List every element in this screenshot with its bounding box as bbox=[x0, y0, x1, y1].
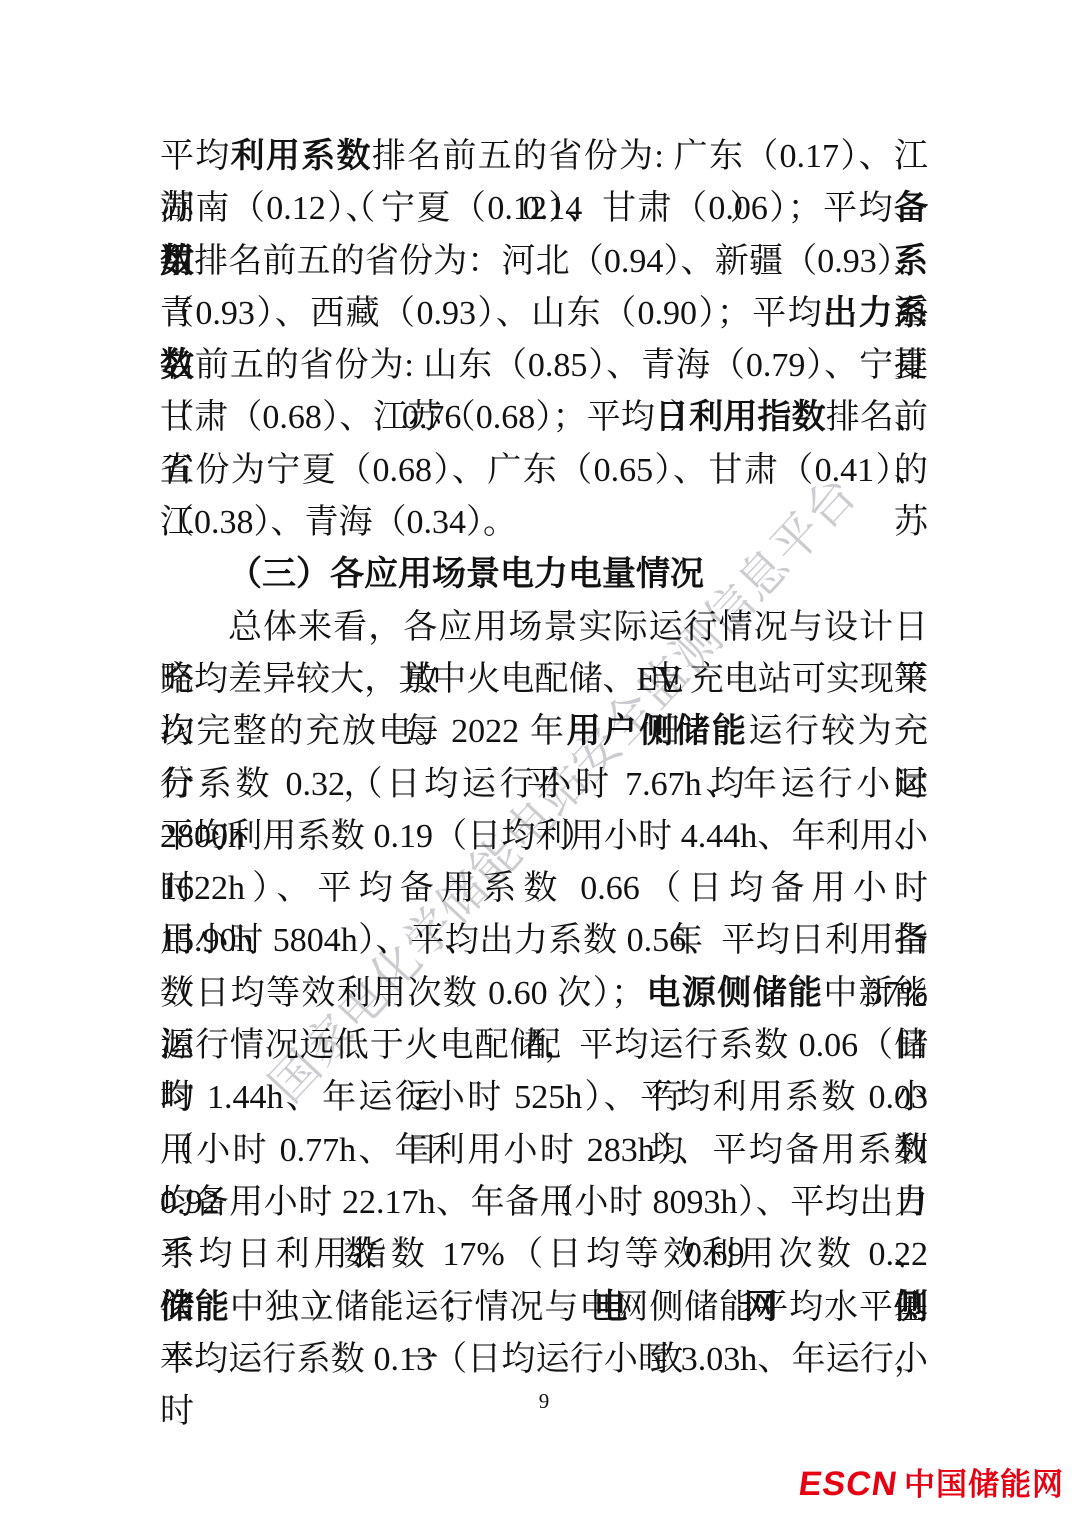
text-segment: 用户侧储能 bbox=[566, 713, 748, 750]
page-number: 9 bbox=[160, 1388, 928, 1414]
logo-escn-text: ESCN bbox=[796, 1467, 899, 1501]
text-line: 名前五的省份为: 山东（0.85）、青海（0.79）、宁夏（0.76）、 bbox=[160, 340, 928, 392]
logo-chinese-text: 中国储能网 bbox=[904, 1467, 1064, 1502]
text-segment: 储能 bbox=[160, 1289, 230, 1326]
text-line: 略均差异较大，其中火电配储、EV 充电站可实现平均每日一 bbox=[160, 654, 928, 706]
text-segment: 次完整的充放电。2022 年 bbox=[160, 713, 566, 750]
text-segment: （日均等效利用次数 0.60 次）； bbox=[160, 975, 645, 1012]
text-segment: 电源侧储能 bbox=[645, 975, 823, 1012]
text-line: 湖南（0.12）、宁夏（0.12）、甘肃（0.06）；平均备用系 bbox=[160, 183, 928, 235]
text-line: 运行情况远低于火电配储，平均运行系数 0.06（日均运行小 bbox=[160, 1020, 928, 1072]
section-heading: （三）各应用场景电力电量情况 bbox=[160, 549, 928, 601]
text-line: 行系数 0.32（日均运行小时 7.67h、年运行小时 2800h）、 bbox=[160, 759, 928, 811]
text-line: 省份为宁夏（0.68）、广东（0.65）、甘肃（0.41）、江苏 bbox=[160, 445, 928, 497]
text-segment: （0.38）、青海（0.34）。 bbox=[160, 504, 517, 541]
text-line: 均备用小时 22.17h、年备用小时 8093h）、平均出力系数 0.69、 bbox=[160, 1177, 928, 1229]
escn-logo: ESCN中国储能网 bbox=[799, 1467, 1064, 1502]
text-line: 平均利用系数 0.19（日均利用小时 4.44h、年利用小时 bbox=[160, 811, 928, 863]
text-segment: 平均 bbox=[160, 138, 231, 175]
document-page: 国家电化学储能电站安全监测信息平台 平均利用系数排名前五的省份为: 广东（0.1… bbox=[0, 0, 1080, 1527]
text-line: 储能中独立储能运行情况与电网侧储能平均水平基本一致， bbox=[160, 1282, 928, 1334]
text-segment: 数 bbox=[160, 243, 194, 280]
text-segment: 日利用指数 bbox=[655, 399, 826, 436]
text-line: （日均等效利用次数 0.60 次）；电源侧储能中新能源配储 bbox=[160, 968, 928, 1020]
text-segment: （0.93）、西藏（0.93）、山东（0.90）；平均 bbox=[160, 295, 823, 332]
text-line: 总体来看，各应用场景实际运行情况与设计日充放电策 bbox=[160, 602, 928, 654]
text-segment: 平均运行系数 0.13（日均运行小时 3.03h、年运行小时 bbox=[160, 1341, 928, 1430]
text-line: 甘肃（0.68）、江苏（0.68）；平均日利用指数排名前五的 bbox=[160, 392, 928, 444]
text-line: （0.93）、西藏（0.93）、山东（0.90）；平均出力系数排 bbox=[160, 288, 928, 340]
text-line: 用小时 0.77h、年利用小时 283h）、平均备用系数 0.92（日 bbox=[160, 1125, 928, 1177]
text-segment: 利用系数 bbox=[231, 138, 372, 175]
text-line: 平均日利用指数 17%（日均等效利用次数 0.22 次）；电网侧 bbox=[160, 1229, 928, 1281]
text-line: 1622h）、平均备用系数 0.66（日均备用小时 15.90h、年备 bbox=[160, 863, 928, 915]
text-segment: （三）各应用场景电力电量情况 bbox=[228, 556, 704, 593]
document-content: 平均利用系数排名前五的省份为: 广东（0.17）、江苏（0.14）、湖南（0.1… bbox=[160, 131, 928, 1386]
text-line: 平均利用系数排名前五的省份为: 广东（0.17）、江苏（0.14）、 bbox=[160, 131, 928, 183]
text-segment: 湖南（0.12）、宁夏（0.12）、甘肃（0.06）；平均 bbox=[160, 190, 894, 227]
text-line: 数排名前五的省份为：河北（0.94）、新疆（0.93）、青海 bbox=[160, 236, 928, 288]
text-line: 平均运行系数 0.13（日均运行小时 3.03h、年运行小时 bbox=[160, 1334, 928, 1386]
text-line: 次完整的充放电。2022 年用户侧储能运行较为充分，平均运 bbox=[160, 706, 928, 758]
text-line: 用小时 5804h）、平均出力系数 0.56、平均日利用指数 37% bbox=[160, 915, 928, 967]
text-line: 时 1.44h、年运行小时 525h）、平均利用系数 0.03（日均利 bbox=[160, 1072, 928, 1124]
text-segment: 甘肃（0.68）、江苏（0.68）；平均 bbox=[160, 399, 655, 436]
